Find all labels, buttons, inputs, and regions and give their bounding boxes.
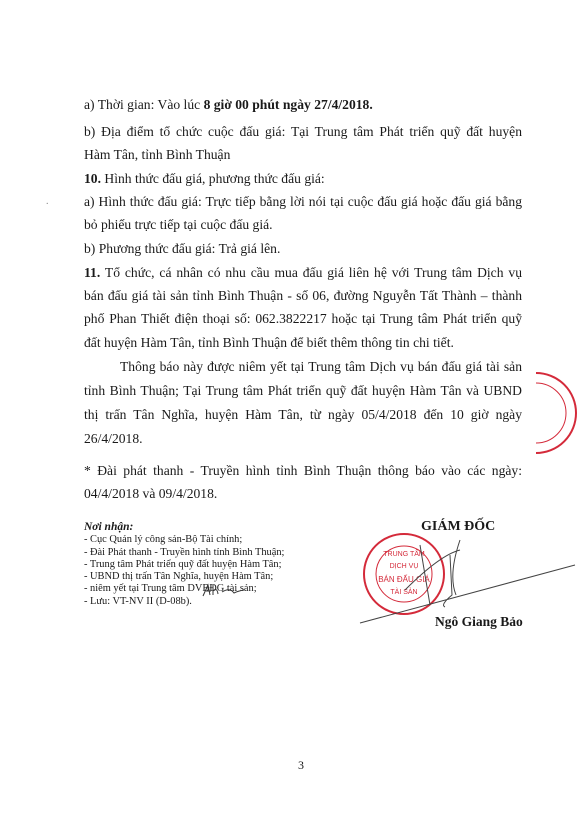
auction-location: b) Địa điểm tổ chức cuộc đấu giá: Tại Tr… — [84, 123, 522, 141]
initials-icon — [200, 581, 250, 601]
scan-mark: . — [46, 196, 49, 207]
auction-time-value: 8 giờ 00 phút ngày 27/4/2018. — [204, 97, 373, 112]
section-10-heading: 10. Hình thức đấu giá, phương thức đấu g… — [84, 170, 325, 188]
section-number: 11. — [84, 265, 100, 280]
recipient-item: - Đài Phát thanh - Truyền hình tỉnh Bình… — [84, 547, 284, 559]
recipient-item: - Trung tâm Phát triển quỹ đất huyện Hàm… — [84, 559, 284, 571]
section-11-l4: đất huyện Hàm Tân, tỉnh Bình Thuận để bi… — [84, 334, 454, 352]
auction-form-cont: bỏ phiếu trực tiếp tại cuộc đấu giá. — [84, 216, 273, 234]
auction-form: a) Hình thức đấu giá: Trực tiếp bằng lời… — [84, 193, 522, 211]
broadcast-note: * Đài phát thanh - Truyền hình tỉnh Bình… — [84, 462, 522, 480]
auction-time: a) Thời gian: Vào lúc 8 giờ 00 phút ngày… — [84, 96, 373, 114]
recipients-title: Nơi nhận: — [84, 521, 284, 533]
section-number: 10. — [84, 171, 101, 186]
section-11-l3: phố Phan Thiết điện thoại số: 062.382221… — [84, 310, 522, 328]
signer-name: Ngô Giang Bảo — [435, 614, 523, 630]
partial-stamp-icon — [536, 365, 579, 465]
text: Tổ chức, cá nhân có nhu cầu mua đấu giá … — [100, 265, 522, 280]
section-11-l2: bán đấu giá tài sản tỉnh Bình Thuận - số… — [84, 287, 522, 305]
auction-location-cont: Hàm Tân, tỉnh Bình Thuận — [84, 146, 230, 164]
notice-l2: tỉnh Bình Thuận; Tại Trung tâm Phát triể… — [84, 382, 522, 400]
notice-l1: Thông báo này được niêm yết tại Trung tâ… — [120, 358, 522, 376]
signature-icon — [350, 535, 579, 625]
text: a) Thời gian: Vào lúc — [84, 97, 204, 112]
recipient-item: - UBND thị trấn Tân Nghĩa, huyện Hàm Tân… — [84, 571, 284, 583]
recipient-item: - Cục Quản lý công sản-Bộ Tài chính; — [84, 534, 284, 546]
recipients-block: Nơi nhận: - Cục Quản lý công sản-Bộ Tài … — [84, 521, 284, 608]
notice-l3: thị trấn Tân Nghĩa, huyện Hàm Tân, từ ng… — [84, 406, 522, 424]
recipient-item: - Lưu: VT-NV II (D-08b). — [84, 596, 284, 608]
notice-l4: 26/4/2018. — [84, 430, 143, 448]
page-number: 3 — [298, 758, 304, 773]
recipient-item: - niêm yết tại Trung tâm DVBĐG tài sản; — [84, 583, 284, 595]
text: Hình thức đấu giá, phương thức đấu giá: — [101, 171, 325, 186]
section-11: 11. Tổ chức, cá nhân có nhu cầu mua đấu … — [84, 264, 522, 282]
broadcast-dates: 04/4/2018 và 09/4/2018. — [84, 485, 217, 503]
auction-method: b) Phương thức đấu giá: Trả giá lên. — [84, 240, 280, 258]
